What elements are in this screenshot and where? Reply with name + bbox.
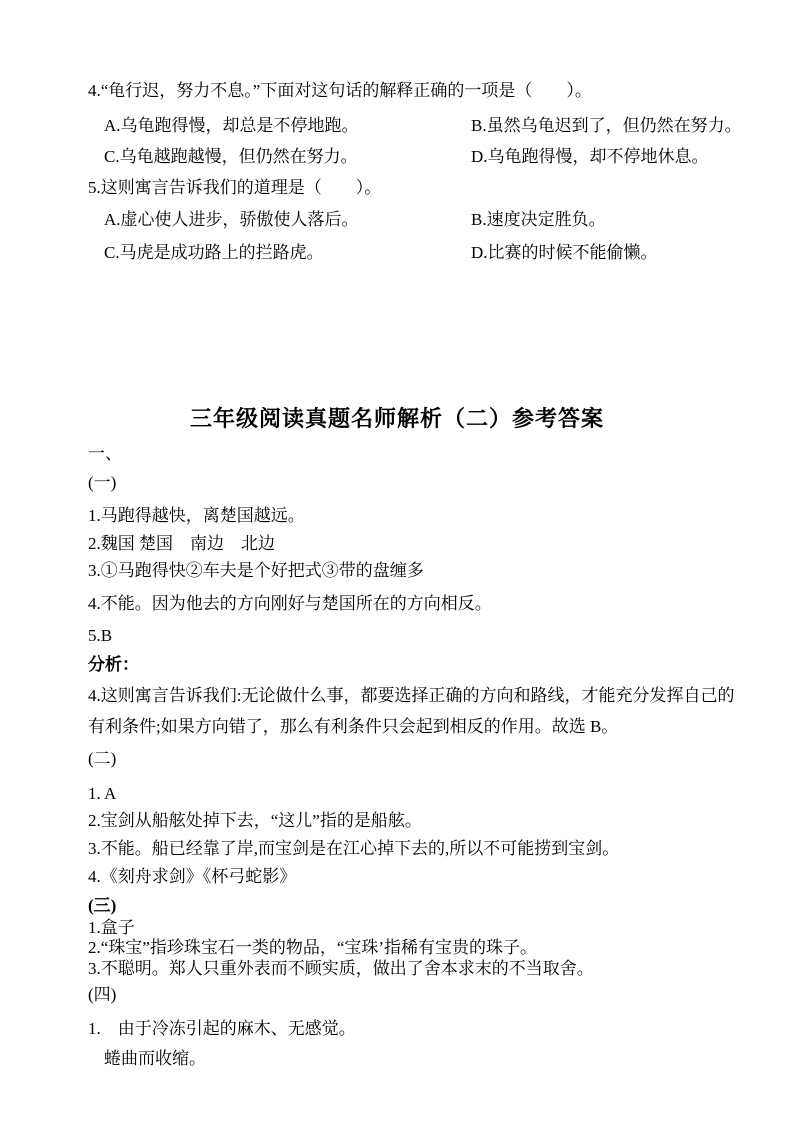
section-four-answer-1: 1. 由于冷冻引起的麻木、无感觉。 xyxy=(88,1018,356,1039)
question-4-option-c: C.乌龟越跑越慢，但仍然在努力。 xyxy=(104,147,358,166)
section-three-answer-2: 2.“珠宝”指珍珠宝石一类的物品，“宝珠’指稀有宝贵的珠子。 xyxy=(88,937,537,958)
analysis-label: 分析： xyxy=(88,654,139,675)
question-5-options-row-2: C.马虎是成功路上的拦路虎。 D.比赛的时候不能偷懒。 xyxy=(104,242,324,263)
question-5-option-d: D.比赛的时候不能偷懒。 xyxy=(471,242,658,263)
section-two-answer-2: 2.宝剑从船舷处掉下去，“这儿”指的是船舷。 xyxy=(88,810,422,831)
question-5-options-row-1: A.虚心使人进步，骄傲使人落后。 B.速度决定胜负。 xyxy=(104,209,359,230)
question-5-stem: 5.这则寓言告诉我们的道理是（ ）。 xyxy=(88,177,381,198)
section-one-answer-5: 5.B xyxy=(88,625,112,646)
section-three-label: (三) xyxy=(88,895,116,916)
question-4-stem: 4.“龟行迟，努力不息。”下面对这句话的解释正确的一项是（ ）。 xyxy=(88,80,592,101)
question-5-option-b: B.速度决定胜负。 xyxy=(471,209,606,230)
section-four-label: (四) xyxy=(88,984,116,1005)
answer-key-title: 三年级阅读真题名师解析（二）参考答案 xyxy=(0,402,794,433)
question-4-option-d: D.乌龟跑得慢，却不停地休息。 xyxy=(471,146,709,167)
section-three-answer-1: 1.盒子 xyxy=(88,917,135,938)
section-two-answer-3: 3.不能。船已经靠了岸,而宝剑是在江心掉下去的,所以不可能捞到宝剑。 xyxy=(88,838,619,859)
section-one-label: (一) xyxy=(88,472,116,493)
question-5-option-a: A.虚心使人进步，骄傲使人落后。 xyxy=(104,210,359,229)
question-4-option-b: B.虽然乌龟迟到了，但仍然在努力。 xyxy=(471,115,742,136)
section-two-label: (二) xyxy=(88,748,116,769)
section-two-answer-1: 1. A xyxy=(88,783,116,804)
document-page: 4.“龟行迟，努力不息。”下面对这句话的解释正确的一项是（ ）。 A.乌龟跑得慢… xyxy=(0,0,794,1123)
section-one-answer-4: 4.不能。因为他去的方向刚好与楚国所在的方向相反。 xyxy=(88,593,492,614)
section-one-answer-3: 3.①马跑得快②车夫是个好把式③带的盘缠多 xyxy=(88,560,424,581)
section-one-answer-2: 2.魏国 楚国 南边 北边 xyxy=(88,533,275,554)
part-one-label: 一、 xyxy=(88,443,122,464)
section-one-answer-1: 1.马跑得越快，离楚国越远。 xyxy=(88,505,305,526)
question-5-option-c: C.马虎是成功路上的拦路虎。 xyxy=(104,243,324,262)
question-4-option-a: A.乌龟跑得慢，却总是不停地跑。 xyxy=(104,116,359,135)
question-4-options-row-1: A.乌龟跑得慢，却总是不停地跑。 B.虽然乌龟迟到了，但仍然在努力。 xyxy=(104,115,359,136)
section-three-answer-3: 3.不聪明。郑人只重外表而不顾实质，做出了舍本求末的不当取舍。 xyxy=(88,958,594,979)
analysis-line-1: 4.这则寓言告诉我们:无论做什么事，都要选择正确的方向和路线，才能充分发挥自己的 xyxy=(88,685,734,706)
question-4-options-row-2: C.乌龟越跑越慢，但仍然在努力。 D.乌龟跑得慢，却不停地休息。 xyxy=(104,146,358,167)
analysis-line-2: 有利条件;如果方向错了，那么有利条件只会起到相反的作用。故选 B。 xyxy=(88,716,618,737)
section-two-answer-4: 4.《刻舟求剑》《杯弓蛇影》 xyxy=(88,866,296,887)
section-four-answer-2: 蜷曲而收缩。 xyxy=(104,1048,206,1069)
